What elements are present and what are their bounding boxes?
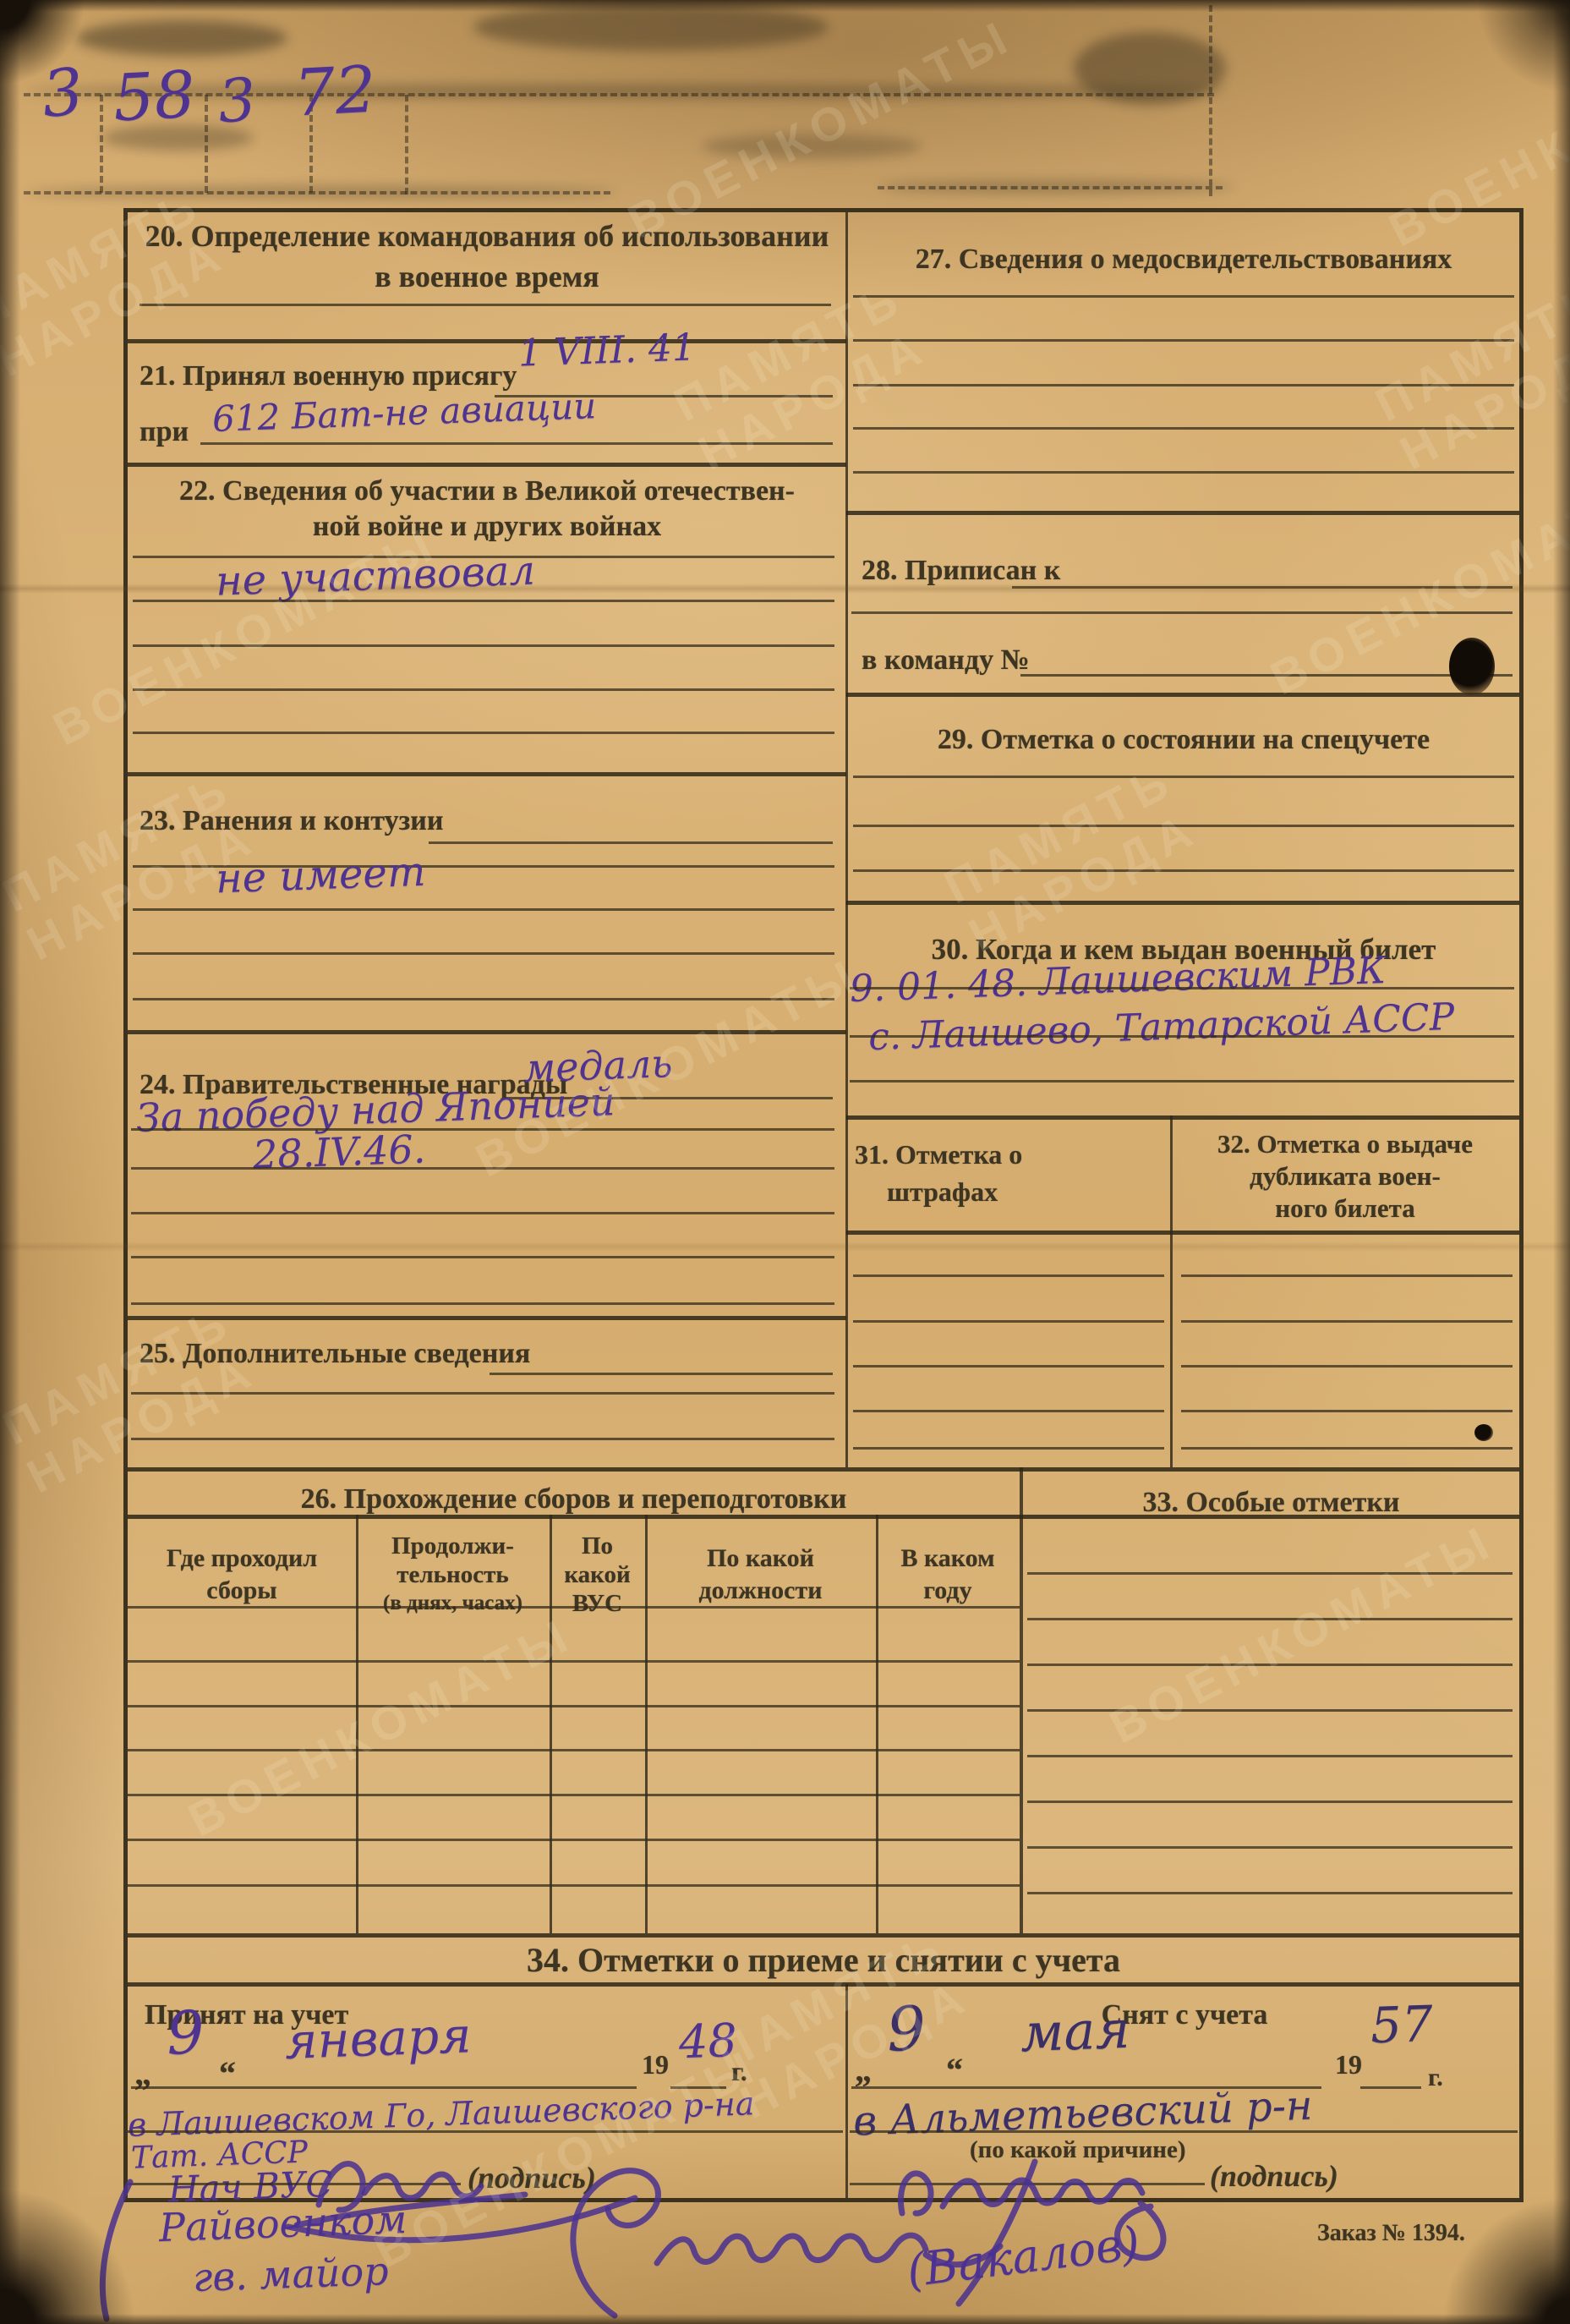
ruled-line xyxy=(853,1320,1164,1323)
col-header-duration-3: (в днях, часах) xyxy=(356,1592,550,1614)
section32-title-3: ного билета xyxy=(1176,1195,1514,1223)
ruled-line xyxy=(131,2086,637,2089)
year-suffix: г. xyxy=(1428,2064,1443,2091)
table-row-line xyxy=(128,1839,1020,1841)
ruled-line xyxy=(133,688,834,691)
handwritten-remove-day: 9 xyxy=(886,1998,927,2060)
ruled-line xyxy=(200,442,833,445)
ruled-line xyxy=(133,908,834,911)
ruled-line xyxy=(853,1447,1164,1450)
scan-edge xyxy=(0,0,20,2324)
ruled-line xyxy=(850,1080,1514,1083)
section28-team-label: в команду № xyxy=(862,645,1030,676)
ruled-line xyxy=(490,1373,833,1375)
section32-title-2: дубликата воен- xyxy=(1176,1163,1514,1191)
register-grid-line xyxy=(24,93,1214,96)
heavy-rule xyxy=(128,339,846,343)
ruled-line xyxy=(853,427,1514,430)
ruled-line xyxy=(139,304,831,306)
signature-stroke xyxy=(947,2158,1057,2310)
ruled-line xyxy=(131,1167,834,1170)
register-grid-line xyxy=(24,191,610,195)
heavy-rule xyxy=(128,1467,1519,1472)
ruled-line xyxy=(850,987,1514,989)
ruled-line xyxy=(1027,1709,1513,1712)
scan-edge xyxy=(1401,0,1570,169)
ruled-line xyxy=(853,339,1514,342)
stamp-smudge xyxy=(473,3,829,51)
stamp-smudge xyxy=(702,134,922,159)
ruled-line xyxy=(1027,1618,1513,1620)
ruled-line xyxy=(853,869,1514,872)
paper-hole xyxy=(1474,1424,1493,1441)
ruled-line xyxy=(1181,1320,1513,1323)
ruled-line xyxy=(1027,1664,1513,1666)
signature-stroke xyxy=(78,2179,145,2322)
heavy-rule xyxy=(846,901,1519,905)
table-row-line xyxy=(128,1884,1020,1887)
ruled-line xyxy=(1012,586,1513,589)
heavy-rule xyxy=(128,1030,846,1034)
section20-title-line2: в военное время xyxy=(128,261,846,293)
form-grid: 20. Определение командования об использо… xyxy=(123,208,1524,2202)
ruled-line xyxy=(1181,1410,1513,1412)
stamp-smudge xyxy=(76,20,287,56)
ruled-line xyxy=(850,1035,1514,1038)
ruled-line xyxy=(853,471,1514,474)
quote-open: „ xyxy=(855,2053,872,2088)
ruled-line xyxy=(1181,1274,1513,1277)
section21-label: 21. Принял военную присягу xyxy=(139,361,517,392)
table-row-line xyxy=(128,1794,1020,1796)
heavy-rule xyxy=(128,772,846,776)
section20-title: 20. Определение командования об использо… xyxy=(128,221,846,253)
section21-prefix: при xyxy=(139,417,189,447)
handwritten-accept-day: 9 xyxy=(166,2003,205,2064)
ruled-line xyxy=(1027,1801,1513,1803)
ruled-line xyxy=(1181,1447,1513,1450)
handwritten-unit: 612 Бат-не авиации xyxy=(211,388,596,437)
ruled-line xyxy=(853,1410,1164,1412)
table-row-line xyxy=(128,1606,1020,1609)
handwritten-remove-year: 57 xyxy=(1370,1999,1434,2051)
ruled-line xyxy=(133,998,834,1000)
section25-label: 25. Дополнительные сведения xyxy=(139,1339,530,1369)
register-grid-line xyxy=(878,186,1223,189)
scan-edge xyxy=(1553,0,1570,2324)
section22-title-line2: ной войне и других войнах xyxy=(128,512,846,542)
ruled-line xyxy=(1360,2086,1421,2089)
handwritten-remove-month: мая xyxy=(1020,2003,1131,2059)
ruled-line xyxy=(1020,674,1513,677)
signature-scribble xyxy=(435,2162,1010,2322)
ruled-line xyxy=(133,600,834,602)
handwritten-accept-year: 48 xyxy=(678,2018,738,2065)
section32-title: 32. Отметка о выдаче xyxy=(1176,1131,1514,1159)
ruled-line xyxy=(133,644,834,647)
section31-32-divider xyxy=(1170,1115,1173,1467)
heavy-rule xyxy=(128,1982,1519,1987)
section26-title: 26. Прохождение сборов и переподготовки xyxy=(128,1484,1020,1515)
handwritten-ticket-place: с. Лаишево, Татарской АССР xyxy=(867,999,1455,1056)
ruled-line xyxy=(133,732,834,734)
table-row-line xyxy=(128,1705,1020,1707)
section31-title: 31. Отметка о xyxy=(855,1141,1022,1170)
year-prefix: 19 xyxy=(1335,2051,1362,2080)
section34-title: 34. Отметки о приеме и снятии с учета xyxy=(128,1943,1519,1978)
ruled-line xyxy=(853,295,1514,298)
register-grid-line xyxy=(205,95,208,193)
ruled-line xyxy=(853,776,1514,778)
ruled-line xyxy=(429,841,833,844)
ruled-line xyxy=(853,1274,1164,1277)
order-number: Заказ № 1394. xyxy=(1317,2221,1465,2245)
scanned-military-registration-card: 3 58 3 72 20. Определение командования о… xyxy=(0,0,1570,2324)
table-row-line xyxy=(128,1749,1020,1751)
section23-label: 23. Ранения и контузии xyxy=(139,806,443,836)
scan-edge xyxy=(0,0,1570,12)
handwritten-war-participation: не участвовал xyxy=(215,550,535,601)
ruled-line xyxy=(131,1392,834,1395)
heavy-rule xyxy=(846,1115,1519,1120)
heavy-rule xyxy=(846,511,1519,515)
year-suffix: г. xyxy=(731,2058,747,2086)
section33-divider xyxy=(1020,1467,1023,1933)
section29-title: 29. Отметка о состоянии на спецучете xyxy=(848,725,1519,755)
heavy-rule xyxy=(128,1316,846,1320)
ruled-line xyxy=(131,1438,834,1440)
register-number: 3 xyxy=(216,70,258,132)
section31-title-2: штрафах xyxy=(887,1178,998,1207)
paper-hole xyxy=(1449,638,1495,695)
col-header-where: Где проходил xyxy=(128,1545,356,1572)
handwritten-wounds: не имеет xyxy=(215,852,426,900)
ruled-line xyxy=(1027,1892,1513,1894)
ruled-line xyxy=(131,1256,834,1258)
col-header-duration: Продолжи- xyxy=(356,1533,550,1559)
section28-label: 28. Приписан к xyxy=(862,556,1060,586)
ruled-line xyxy=(131,1212,834,1214)
heavy-rule xyxy=(846,693,1519,697)
heavy-rule xyxy=(128,1933,1519,1938)
table-row-line xyxy=(128,1660,1020,1663)
column-divider xyxy=(845,212,848,1467)
ruled-line xyxy=(1027,1846,1513,1849)
register-grid-line xyxy=(1209,5,1212,196)
year-prefix: 19 xyxy=(642,2051,669,2080)
ruled-line xyxy=(133,952,834,955)
section22-title: 22. Сведения об участии в Великой отечес… xyxy=(128,476,846,507)
register-number: 58 xyxy=(112,63,197,131)
col-header-vus: По xyxy=(550,1533,645,1559)
col-header-where-2: сборы xyxy=(128,1577,356,1604)
quote-close: “ xyxy=(946,2053,963,2088)
handwritten-oath-date: 1 VIII. 41 xyxy=(517,329,696,372)
section33-title: 33. Особые отметки xyxy=(1023,1488,1519,1518)
register-number: 3 xyxy=(40,59,86,127)
section27-title: 27. Сведения о медосвидетельствованиях xyxy=(848,244,1519,275)
heavy-rule xyxy=(128,463,846,467)
heavy-rule xyxy=(846,1231,1519,1235)
ruled-line xyxy=(1027,1755,1513,1757)
col-header-year: В каком xyxy=(876,1545,1020,1572)
col-header-duration-2: тельность xyxy=(356,1562,550,1587)
ruled-line xyxy=(853,1365,1164,1368)
register-grid-line xyxy=(100,95,103,193)
col-header-position: По какой xyxy=(645,1545,876,1572)
col-header-vus-2: какой xyxy=(550,1562,645,1587)
ruled-line xyxy=(131,1302,834,1305)
col-header-vus-3: ВУС xyxy=(550,1591,645,1616)
ruled-line xyxy=(131,1128,834,1131)
ruled-line xyxy=(853,384,1514,386)
ruled-line xyxy=(851,611,1513,614)
register-grid-line xyxy=(405,95,408,195)
col-header-year-2: году xyxy=(876,1577,1020,1604)
ruled-line xyxy=(853,825,1514,827)
col-header-position-2: должности xyxy=(645,1577,876,1604)
ruled-line xyxy=(1181,1365,1513,1368)
register-number: 72 xyxy=(293,58,378,126)
ruled-line xyxy=(1027,1572,1513,1575)
handwritten-accept-month: января xyxy=(284,2010,472,2066)
